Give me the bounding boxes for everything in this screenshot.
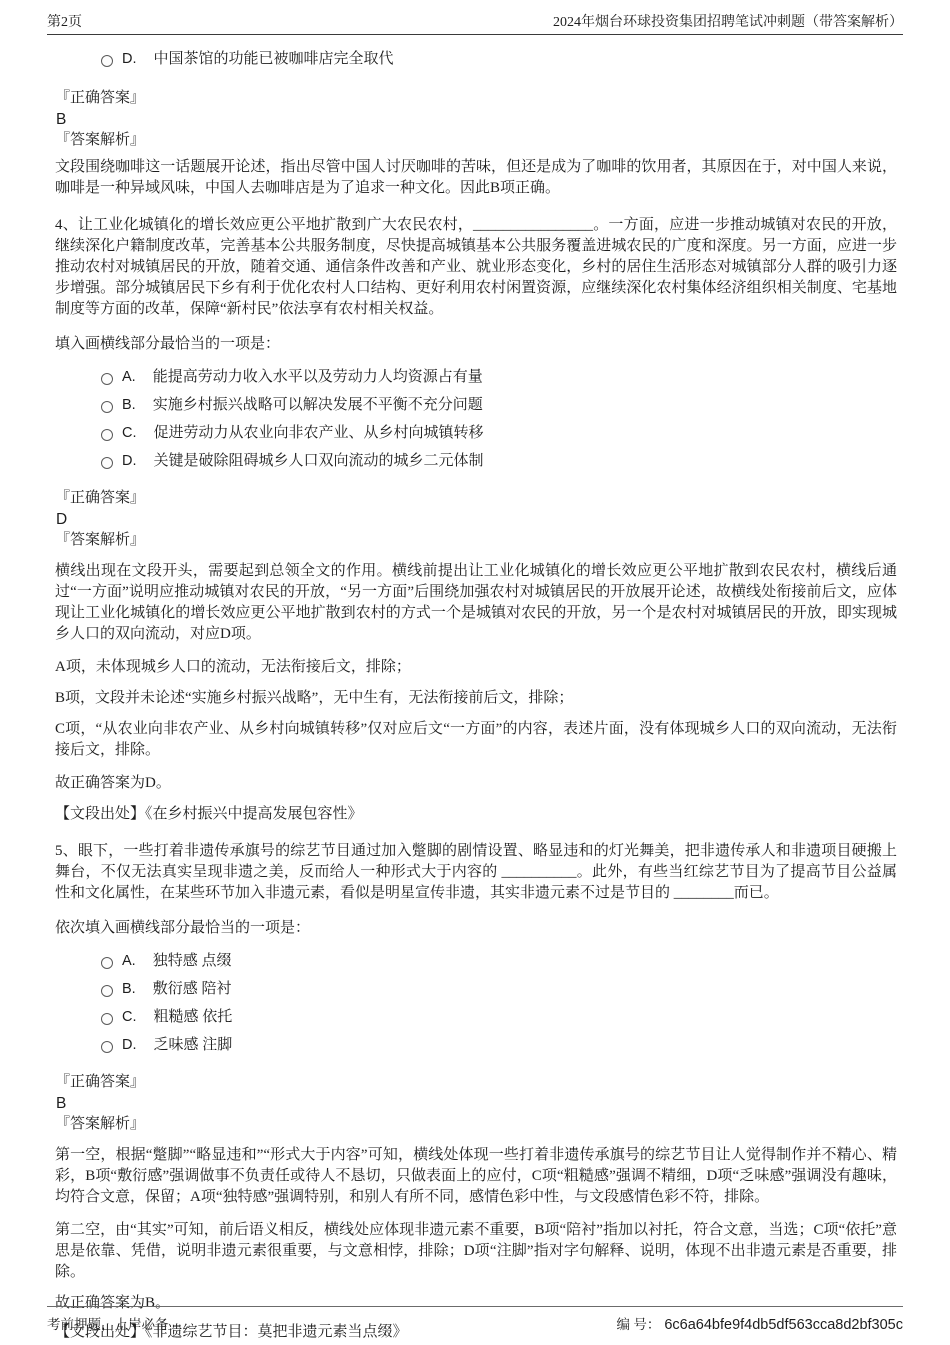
q4-analysis-option-a: A项，未体现城乡人口的流动，无法衔接后文，排除； (55, 657, 897, 678)
q3-analysis-label: 『答案解析』 (55, 130, 897, 151)
page-number: 第2页 (47, 14, 82, 31)
q5-option-a[interactable]: A. 独特感 点缀 (101, 951, 897, 972)
q4-conclusion: 故正确答案为D。 (55, 773, 897, 794)
q4-stem: 4、让工业化城镇化的增长效应更公平地扩散到广大农民农村，____________… (55, 215, 897, 320)
q5-stem: 5、眼下，一些打着非遗传承旗号的综艺节目通过加入蹩脚的剧情设置、略显违和的灯光舞… (55, 841, 897, 904)
option-letter: C. (122, 1007, 137, 1028)
q5-correct-answer-label: 『正确答案』 (55, 1072, 897, 1093)
q3-correct-answer-label: 『正确答案』 (55, 88, 897, 109)
footer-serial: 编 号： 6c6a64bfe9f4db5df563cca8d2bf305c (616, 1313, 903, 1333)
q3-correct-answer-value: B (56, 109, 897, 130)
q4-option-a[interactable]: A. 能提高劳动力收入水平以及劳动力人均资源占有量 (101, 367, 897, 388)
option-letter: B. (122, 979, 136, 1000)
radio-button-icon[interactable] (101, 1013, 113, 1025)
q5-prompt: 依次填入画横线部分最恰当的一项是： (55, 918, 897, 939)
q4-analysis-option-b: B项，文段并未论述“实施乡村振兴战略”，无中生有，无法衔接前后文，排除； (55, 688, 897, 709)
q5-option-d[interactable]: D. 乏味感 注脚 (101, 1035, 897, 1056)
q4-analysis-label: 『答案解析』 (55, 530, 897, 551)
radio-button-icon[interactable] (101, 957, 113, 969)
option-letter: D. (122, 1035, 137, 1056)
option-text: 实施乡村振兴战略可以解决发展不平衡不充分问题 (153, 395, 483, 416)
q5-analysis-label: 『答案解析』 (55, 1114, 897, 1135)
option-text: 促进劳动力从农业向非农产业、从乡村向城镇转移 (154, 423, 484, 444)
q3-analysis-text: 文段围绕咖啡这一话题展开论述，指出尽管中国人讨厌咖啡的苦味，但还是成为了咖啡的饮… (55, 157, 897, 199)
serial-code: 6c6a64bfe9f4db5df563cca8d2bf305c (664, 1317, 903, 1333)
document-page: 第2页 2024年烟台环球投资集团招聘笔试冲刺题（带答案解析） D. 中国茶馆的… (0, 0, 950, 1345)
option-text: 能提高劳动力收入水平以及劳动力人均资源占有量 (153, 367, 483, 388)
q5-option-b[interactable]: B. 敷衍感 陪衬 (101, 979, 897, 1000)
q4-option-b[interactable]: B. 实施乡村振兴战略可以解决发展不平衡不充分问题 (101, 395, 897, 416)
page-footer: 考前押题，上岸必备 编 号： 6c6a64bfe9f4db5df563cca8d… (47, 1306, 903, 1333)
q4-correct-answer-label: 『正确答案』 (55, 488, 897, 509)
option-letter: C. (122, 423, 137, 444)
document-title: 2024年烟台环球投资集团招聘笔试冲刺题（带答案解析） (553, 14, 903, 31)
footer-slogan: 考前押题，上岸必备 (47, 1313, 169, 1333)
q4-source: 【文段出处】《在乡村振兴中提高发展包容性》 (55, 804, 897, 825)
q3-option-d[interactable]: D. 中国茶馆的功能已被咖啡店完全取代 (101, 49, 897, 70)
q4-option-c[interactable]: C. 促进劳动力从农业向非农产业、从乡村向城镇转移 (101, 423, 897, 444)
q5-analysis-p1: 第一空，根据“蹩脚”“略显违和”“形式大于内容”可知，横线处体现一些打着非遗传承… (55, 1145, 897, 1208)
radio-button-icon[interactable] (101, 373, 113, 385)
option-letter: B. (122, 395, 136, 416)
option-text: 粗糙感 依托 (154, 1007, 233, 1028)
q4-option-d[interactable]: D. 关键是破除阻碍城乡人口双向流动的城乡二元体制 (101, 451, 897, 472)
q4-analysis-main: 横线出现在文段开头，需要起到总领全文的作用。横线前提出让工业化城镇化的增长效应更… (55, 561, 897, 645)
option-letter: D. (122, 451, 137, 472)
page-header: 第2页 2024年烟台环球投资集团招聘笔试冲刺题（带答案解析） (47, 0, 903, 35)
radio-button-icon[interactable] (101, 429, 113, 441)
option-text: 中国茶馆的功能已被咖啡店完全取代 (154, 49, 394, 70)
q5-correct-answer-value: B (56, 1093, 897, 1114)
q4-correct-answer-value: D (56, 509, 897, 530)
option-text: 关键是破除阻碍城乡人口双向流动的城乡二元体制 (154, 451, 484, 472)
option-text: 乏味感 注脚 (154, 1035, 233, 1056)
option-letter: A. (122, 951, 136, 972)
radio-button-icon[interactable] (101, 457, 113, 469)
option-text: 敷衍感 陪衬 (153, 979, 232, 1000)
q4-prompt: 填入画横线部分最恰当的一项是： (55, 334, 897, 355)
option-letter: A. (122, 367, 136, 388)
page-body: D. 中国茶馆的功能已被咖啡店完全取代 『正确答案』 B 『答案解析』 文段围绕… (47, 49, 903, 1343)
option-letter: D. (122, 49, 137, 70)
radio-button-icon[interactable] (101, 1041, 113, 1053)
serial-label: 编 号： (616, 1313, 660, 1333)
radio-button-icon[interactable] (101, 55, 113, 67)
option-text: 独特感 点缀 (153, 951, 232, 972)
q5-analysis-p2: 第二空，由“其实”可知，前后语义相反，横线处应体现非遗元素不重要，B项“陪衬”指… (55, 1220, 897, 1283)
radio-button-icon[interactable] (101, 401, 113, 413)
q4-analysis-option-c: C项，“从农业向非农产业、从乡村向城镇转移”仅对应后文“一方面”的内容，表述片面… (55, 719, 897, 761)
radio-button-icon[interactable] (101, 985, 113, 997)
q5-option-c[interactable]: C. 粗糙感 依托 (101, 1007, 897, 1028)
